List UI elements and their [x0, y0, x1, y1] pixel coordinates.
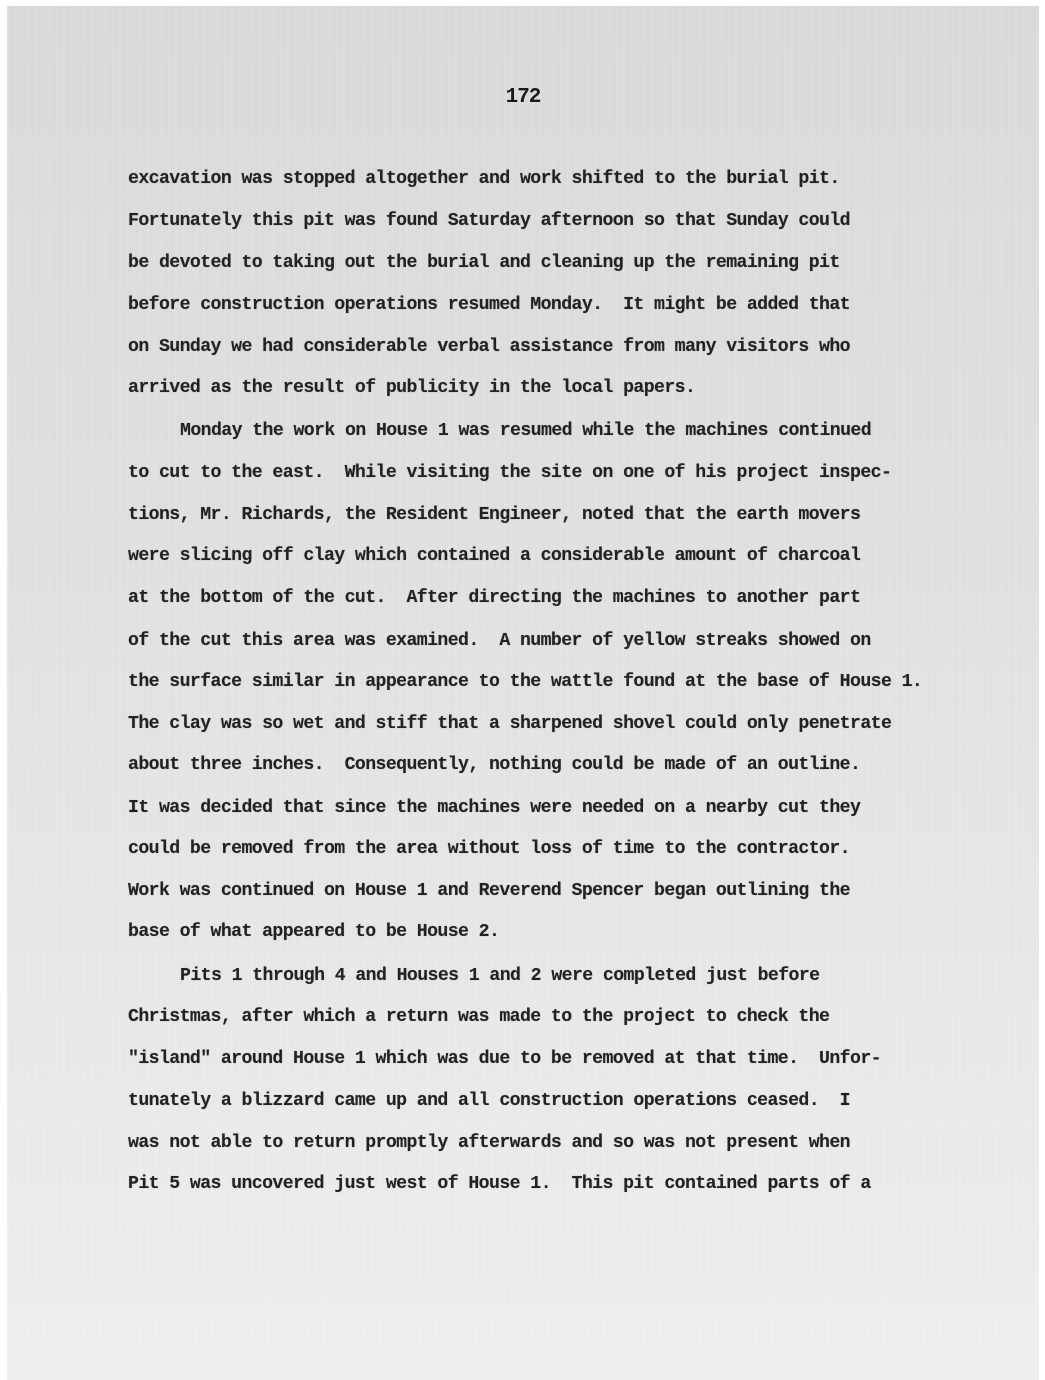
text-line: excavation was stopped altogether and wo… — [128, 169, 840, 189]
text-line: on Sunday we had considerable verbal ass… — [128, 337, 850, 357]
text-line: could be removed from the area without l… — [128, 839, 850, 859]
text-line: Pit 5 was uncovered just west of House 1… — [128, 1174, 871, 1194]
text-line: base of what appeared to be House 2. — [128, 922, 499, 942]
text-line: to cut to the east. While visiting the s… — [128, 463, 891, 483]
text-line: of the cut this area was examined. A num… — [128, 631, 871, 651]
text-line: The clay was so wet and stiff that a sha… — [128, 714, 891, 734]
text-line: "island" around House 1 which was due to… — [128, 1049, 881, 1069]
text-line: It was decided that since the machines w… — [128, 798, 860, 818]
scanned-page: 172 excavation was stopped altogether an… — [7, 6, 1039, 1380]
text-line: tions, Mr. Richards, the Resident Engine… — [128, 505, 860, 525]
page-number: 172 — [7, 86, 1039, 109]
text-line: was not able to return promptly afterwar… — [128, 1133, 850, 1153]
text-line: Work was continued on House 1 and Revere… — [128, 881, 850, 901]
text-line: Christmas, after which a return was made… — [128, 1007, 829, 1027]
paragraph-first-line: Pits 1 through 4 and Houses 1 and 2 were… — [180, 966, 820, 986]
text-line: were slicing off clay which contained a … — [128, 546, 860, 566]
text-line: before construction operations resumed M… — [128, 295, 850, 315]
text-line: arrived as the result of publicity in th… — [128, 378, 695, 398]
paragraph-first-line: Monday the work on House 1 was resumed w… — [180, 421, 871, 441]
text-line: be devoted to taking out the burial and … — [128, 253, 840, 273]
text-line: Fortunately this pit was found Saturday … — [128, 211, 850, 231]
text-line: the surface similar in appearance to the… — [128, 672, 922, 692]
text-line: about three inches. Consequently, nothin… — [128, 755, 860, 775]
text-line: tunately a blizzard came up and all cons… — [128, 1091, 850, 1111]
text-line: at the bottom of the cut. After directin… — [128, 588, 860, 608]
